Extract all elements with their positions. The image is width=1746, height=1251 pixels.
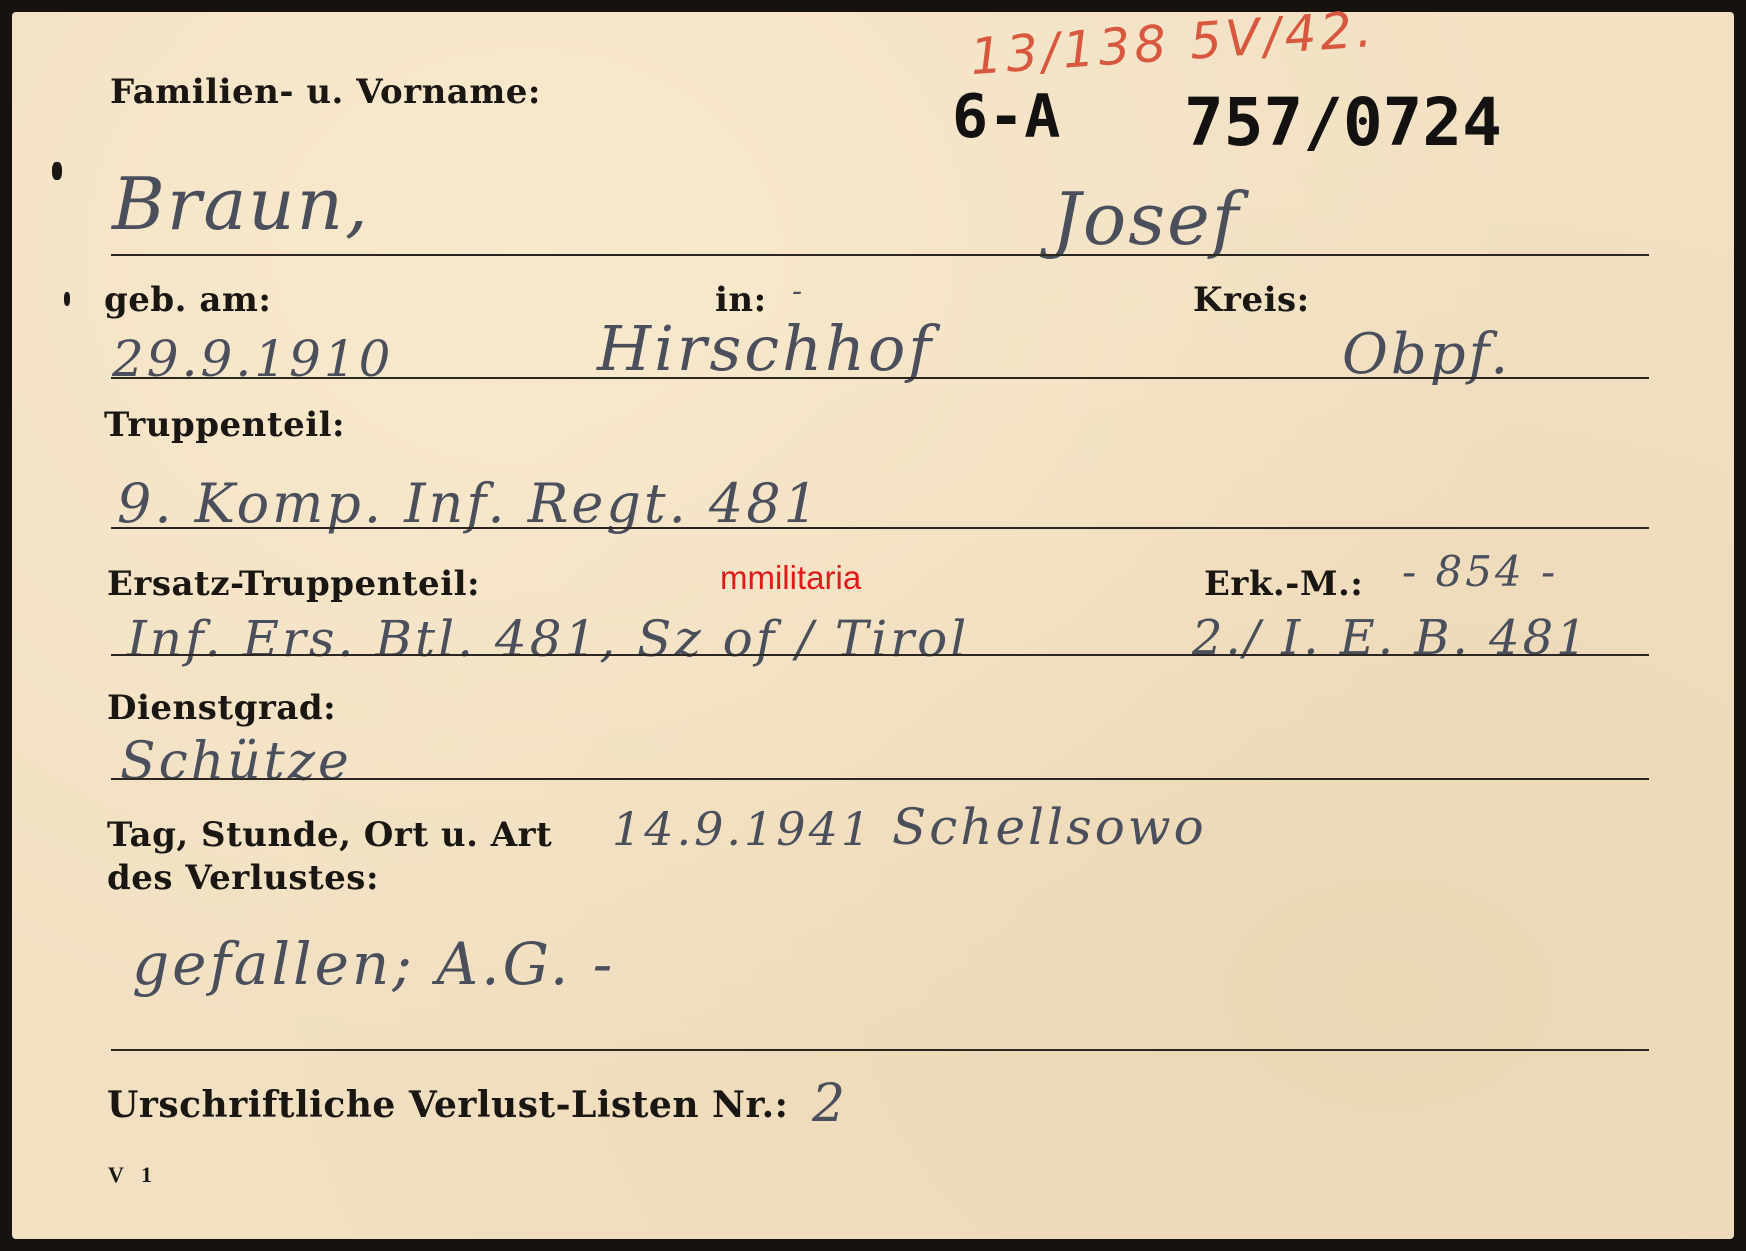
stamp-number: 757/0724 bbox=[1184, 84, 1502, 161]
line-birth bbox=[111, 377, 1649, 379]
label-loss-line2: des Verlustes: bbox=[107, 858, 379, 898]
value-id-tag-unit: 2./ I. E. B. 481 bbox=[1192, 610, 1590, 666]
punch-mark bbox=[52, 162, 62, 180]
label-name: Familien- u. Vorname: bbox=[110, 72, 541, 112]
label-id-tag: Erk.-M.: bbox=[1204, 564, 1363, 604]
line-name bbox=[111, 254, 1649, 256]
line-loss bbox=[111, 1049, 1649, 1051]
value-loss-list: 2 bbox=[812, 1074, 848, 1134]
value-surname: Braun, bbox=[112, 162, 370, 246]
form-code: V 1 bbox=[108, 1162, 158, 1188]
value-rank: Schütze bbox=[120, 732, 352, 792]
label-unit: Truppenteil: bbox=[104, 405, 345, 445]
punch-mark bbox=[64, 292, 70, 306]
value-birth-place: Hirschhof bbox=[597, 312, 934, 385]
value-loss-type: gefallen; A.G. - bbox=[132, 930, 615, 998]
red-annotation: 13/138 5V/42. bbox=[968, 0, 1377, 86]
label-loss-line1: Tag, Stunde, Ort u. Art bbox=[107, 815, 552, 855]
value-id-tag: - 854 - bbox=[1402, 547, 1558, 596]
value-birth-place-prefix: - bbox=[792, 274, 805, 309]
value-birth-date: 29.9.1910 bbox=[112, 330, 393, 388]
value-given-name: Josef bbox=[1052, 177, 1240, 261]
watermark: mmilitaria bbox=[720, 559, 861, 597]
line-rank bbox=[111, 778, 1649, 780]
label-rank: Dienstgrad: bbox=[107, 688, 336, 728]
stamp-prefix: 6-A bbox=[952, 82, 1060, 152]
label-loss-list: Urschriftliche Verlust-Listen Nr.: bbox=[107, 1084, 788, 1126]
value-unit: 9. Komp. Inf. Regt. 481 bbox=[117, 472, 821, 535]
label-district: Kreis: bbox=[1193, 280, 1310, 320]
line-unit bbox=[111, 527, 1649, 529]
label-birth-date: geb. am: bbox=[104, 280, 271, 320]
value-loss-date: 14.9.1941 bbox=[612, 802, 873, 856]
value-loss-place: Schellsowo bbox=[892, 798, 1207, 856]
casualty-index-card: 13/138 5V/42. 6-A 757/0724 Familien- u. … bbox=[12, 12, 1734, 1239]
line-replacement-unit bbox=[111, 654, 1649, 656]
value-replacement-unit: Inf. Ers. Btl. 481, Sz of / Tirol bbox=[127, 610, 969, 668]
label-replacement-unit: Ersatz-Truppenteil: bbox=[107, 564, 480, 604]
